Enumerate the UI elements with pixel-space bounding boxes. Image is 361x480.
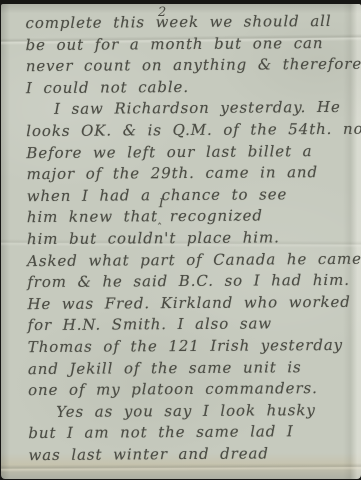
letter-line: him but couldn't place him. — [1, 227, 361, 251]
letter-line-with-insertion: him knew thatI‸recognized — [1, 205, 361, 229]
letter-line: looks OK. & is Q.M. of the 54th. now. — [1, 119, 360, 143]
letter-line: I saw Richardson yesterday. He — [1, 97, 360, 121]
letter-line: was last winter and dread — [2, 443, 361, 467]
letter-line: when I had a chance to see — [1, 183, 361, 207]
inserted-word-text: I — [159, 197, 165, 209]
insertion-caret-icon: ‸ — [158, 215, 162, 225]
scanned-letter-page: 2 complete this week we should all be ou… — [0, 0, 361, 480]
letter-line: but I am not the same lad I — [2, 421, 361, 445]
letter-paper: 2 complete this week we should all be ou… — [1, 4, 361, 479]
letter-line: Yes as you say I look husky — [2, 399, 361, 423]
letter-line: He was Fred. Kirkland who worked — [1, 291, 361, 315]
letter-line: never count on anything & therefore — [1, 54, 360, 78]
letter-body: complete this week we should all be out … — [1, 11, 361, 467]
insertion-after-text: recognized — [170, 207, 263, 226]
letter-line: be out for a month but one can — [1, 32, 360, 56]
letter-line: I could not cable. — [1, 76, 360, 100]
letter-line: Asked what part of Canada he came — [1, 248, 361, 272]
letter-line: Thomas of the 121 Irish yesterday — [2, 335, 361, 359]
inserted-word: I‸ — [158, 206, 170, 228]
letter-line: for H.N. Smith. I also saw — [2, 313, 361, 337]
letter-line: and Jekill of the same unit is — [2, 356, 361, 380]
letter-line: from & he said B.C. so I had him. — [1, 270, 361, 294]
insertion-before-text: him knew that — [27, 208, 158, 227]
letter-line: complete this week we should all — [1, 11, 360, 35]
letter-line: major of the 29th. came in and — [1, 162, 361, 186]
letter-line: one of my platoon commanders. — [2, 378, 361, 402]
letter-line: Before we left our last billet a — [1, 140, 360, 164]
